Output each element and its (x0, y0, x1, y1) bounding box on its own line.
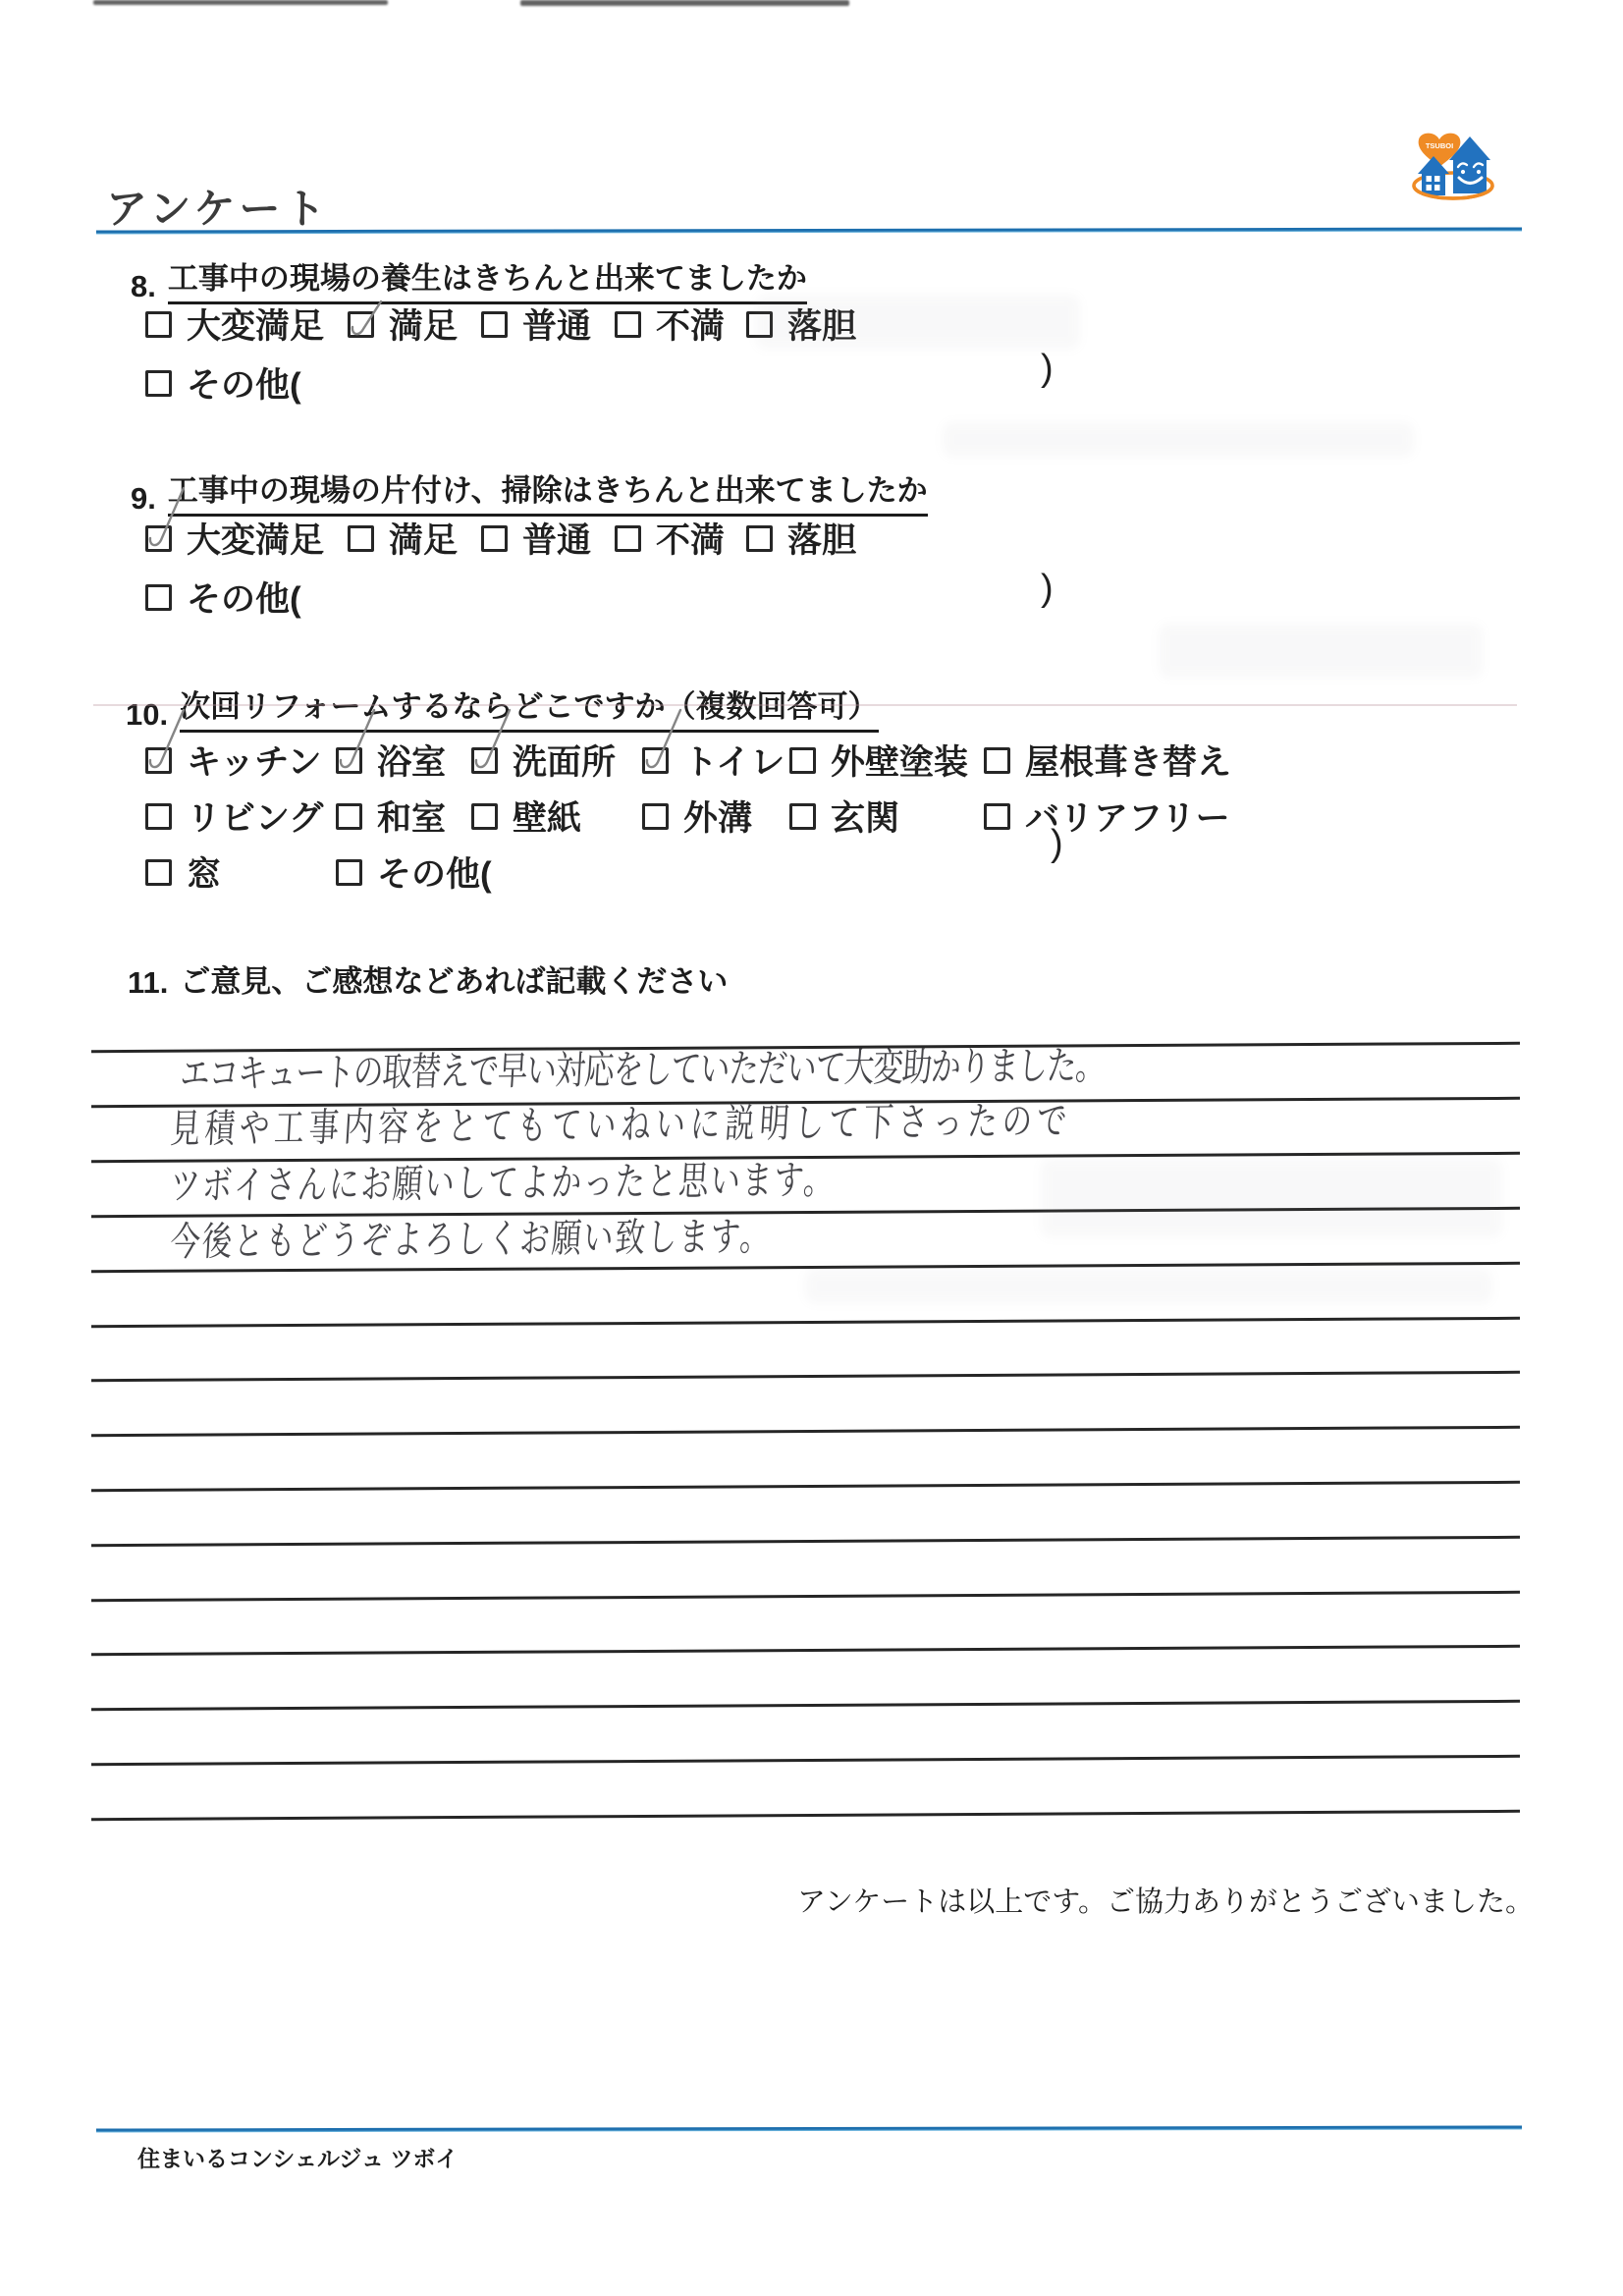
q8-option-daihen-manzoku[interactable]: 大変満足 (145, 304, 324, 344)
q9-option-rakutan[interactable]: 落胆 (746, 519, 856, 558)
comment-rule-line (91, 1371, 1520, 1382)
q10-option-washroom[interactable]: 洗面所 (471, 740, 616, 780)
checkbox[interactable] (348, 311, 374, 338)
checkbox[interactable] (471, 803, 498, 830)
q9-option-other[interactable]: その他( (145, 577, 301, 617)
ghost-smudge (756, 295, 1080, 349)
question-9-title: 9. 工事中の現場の片付け、掃除はきちんと出来てましたか (131, 465, 928, 517)
q8-option-futsuu[interactable]: 普通 (481, 304, 591, 344)
q10-option-barrier-free[interactable]: バリアフリー (984, 796, 1230, 836)
ghost-smudge (805, 1269, 1492, 1303)
option-label: 外溝 (683, 792, 752, 841)
pencil-check-icon (640, 707, 683, 776)
q9-other-close-paren: ) (1041, 568, 1054, 610)
q10-option-window[interactable]: 窓 (145, 852, 221, 892)
q8-other-close-paren: ) (1041, 348, 1054, 390)
comment-rule-line (91, 1481, 1520, 1492)
comment-rule-line (91, 1645, 1520, 1656)
checkbox[interactable] (145, 584, 172, 611)
checkbox[interactable] (984, 803, 1010, 830)
checkbox[interactable] (348, 525, 374, 552)
comment-rule-line (91, 1426, 1520, 1437)
checkbox[interactable] (145, 803, 172, 830)
question-11-number: 11. (128, 965, 168, 1001)
q10-option-kitchen[interactable]: キッチン (145, 740, 322, 780)
comment-rule-line (91, 1810, 1520, 1821)
option-label: 玄関 (831, 792, 899, 841)
checkbox[interactable] (481, 525, 508, 552)
option-label: 不満 (656, 514, 725, 563)
option-label: その他( (377, 847, 492, 897)
q8-option-other[interactable]: その他( (145, 363, 301, 403)
option-label: 普通 (522, 300, 591, 349)
option-label: 満足 (389, 300, 458, 349)
checkbox[interactable] (336, 859, 362, 886)
question-11-text: ご意見、ご感想などあれば記載ください (180, 957, 728, 1001)
q10-option-genkan[interactable]: 玄関 (789, 796, 899, 836)
handwritten-comment-line: ツボイさんにお願いしてよかったと思います。 (169, 1147, 838, 1211)
comment-rule-line (91, 1591, 1520, 1602)
option-label: トイレ (683, 736, 784, 785)
checkbox[interactable] (145, 525, 172, 552)
option-label: 屋根葺き替え (1025, 736, 1231, 785)
question-10-text: 次回リフォームするならどこですか（複数回答可） (180, 682, 878, 733)
q10-option-bathroom[interactable]: 浴室 (336, 740, 446, 780)
comment-rule-line (91, 1755, 1520, 1766)
pencil-check-icon (469, 707, 513, 776)
footer-divider (96, 2125, 1522, 2132)
option-label: 普通 (522, 514, 591, 563)
option-label: 大変満足 (187, 300, 324, 349)
question-9-text: 工事中の現場の片付け、掃除はきちんと出来てましたか (168, 465, 928, 517)
q9-option-fuman[interactable]: 不満 (615, 519, 725, 558)
checkbox[interactable] (746, 525, 773, 552)
checkbox[interactable] (615, 311, 641, 338)
option-label: 壁紙 (513, 792, 581, 841)
checkbox[interactable] (336, 747, 362, 774)
option-label: リビング (187, 792, 323, 841)
q8-option-manzoku[interactable]: 満足 (348, 304, 458, 344)
comment-rule-line (91, 1700, 1520, 1711)
checkbox[interactable] (615, 525, 641, 552)
option-label: 洗面所 (513, 736, 616, 785)
logo-text: TSUBOI (1426, 141, 1453, 150)
option-label: 和室 (377, 792, 446, 841)
handwritten-comment-line: 今後ともどうぞよろしくお願い致します。 (169, 1204, 774, 1267)
ghost-smudge (1041, 1159, 1502, 1237)
checkbox[interactable] (145, 370, 172, 397)
q9-option-daihen-manzoku[interactable]: 大変満足 (145, 519, 324, 558)
option-label: その他( (187, 358, 301, 408)
option-label: 外壁塗装 (831, 736, 968, 785)
checkbox[interactable] (642, 803, 669, 830)
question-8-text: 工事中の現場の養生はきちんと出来てましたか (168, 253, 807, 304)
comment-rule-line (91, 1536, 1520, 1547)
question-11-title: 11. ご意見、ご感想などあれば記載ください (128, 957, 728, 1001)
checkbox[interactable] (336, 803, 362, 830)
checkbox[interactable] (481, 311, 508, 338)
option-label: 窓 (187, 847, 221, 897)
q10-other-close-paren: ) (1051, 823, 1063, 865)
pencil-check-icon (334, 707, 377, 776)
scan-artifact (520, 0, 849, 6)
scan-artifact (93, 0, 388, 5)
option-label: 大変満足 (187, 514, 324, 563)
option-label: その他( (187, 573, 301, 622)
pencil-check-icon (346, 300, 385, 343)
checkbox[interactable] (789, 747, 816, 774)
q10-option-roof[interactable]: 屋根葺き替え (984, 740, 1231, 780)
checkbox[interactable] (642, 747, 669, 774)
checkbox[interactable] (984, 747, 1010, 774)
checkbox[interactable] (145, 859, 172, 886)
q10-option-living[interactable]: リビング (145, 796, 323, 836)
footer-company-name: 住まいるコンシェルジュ ツボイ (137, 2141, 458, 2173)
ghost-smudge (1159, 624, 1483, 678)
checkbox[interactable] (145, 747, 172, 774)
q10-option-other[interactable]: その他( (336, 852, 492, 892)
option-label: 不満 (656, 300, 725, 349)
question-8-number: 8. (131, 269, 156, 304)
handwritten-comment-line: 見積や工事内容をとてもていねいに説明して下さったので (169, 1088, 1073, 1154)
closing-message: アンケートは以上です。ご協力ありがとうございました。 (797, 1880, 1534, 1920)
comment-rule-line (91, 1317, 1520, 1328)
option-label: 落胆 (787, 514, 856, 563)
q9-option-manzoku[interactable]: 満足 (348, 519, 458, 558)
q9-option-futsuu[interactable]: 普通 (481, 519, 591, 558)
question-8-title: 8. 工事中の現場の養生はきちんと出来てましたか (131, 253, 807, 304)
option-label: 浴室 (377, 736, 446, 785)
q10-option-wallpaper[interactable]: 壁紙 (471, 796, 581, 836)
q10-option-exterior-paint[interactable]: 外壁塗装 (789, 740, 968, 780)
q10-option-toilet[interactable]: トイレ (642, 740, 784, 780)
q10-option-gaikou[interactable]: 外溝 (642, 796, 752, 836)
ghost-smudge (943, 422, 1414, 457)
option-label: 満足 (389, 514, 458, 563)
checkbox[interactable] (145, 311, 172, 338)
q10-option-washitsu[interactable]: 和室 (336, 796, 446, 836)
option-label: キッチン (187, 736, 322, 785)
q8-option-fuman[interactable]: 不満 (615, 304, 725, 344)
pencil-check-icon (143, 707, 187, 776)
pencil-check-icon (143, 485, 187, 554)
scan-artifact-line (93, 704, 1517, 706)
tsuboi-logo-icon: TSUBOI (1412, 128, 1494, 210)
checkbox[interactable] (471, 747, 498, 774)
survey-page: アンケート TSUBOI 8. 工事中の現場の養生はきちんと出来てましたか 大変… (0, 0, 1623, 2296)
page-title: アンケート (106, 177, 329, 236)
checkbox[interactable] (789, 803, 816, 830)
